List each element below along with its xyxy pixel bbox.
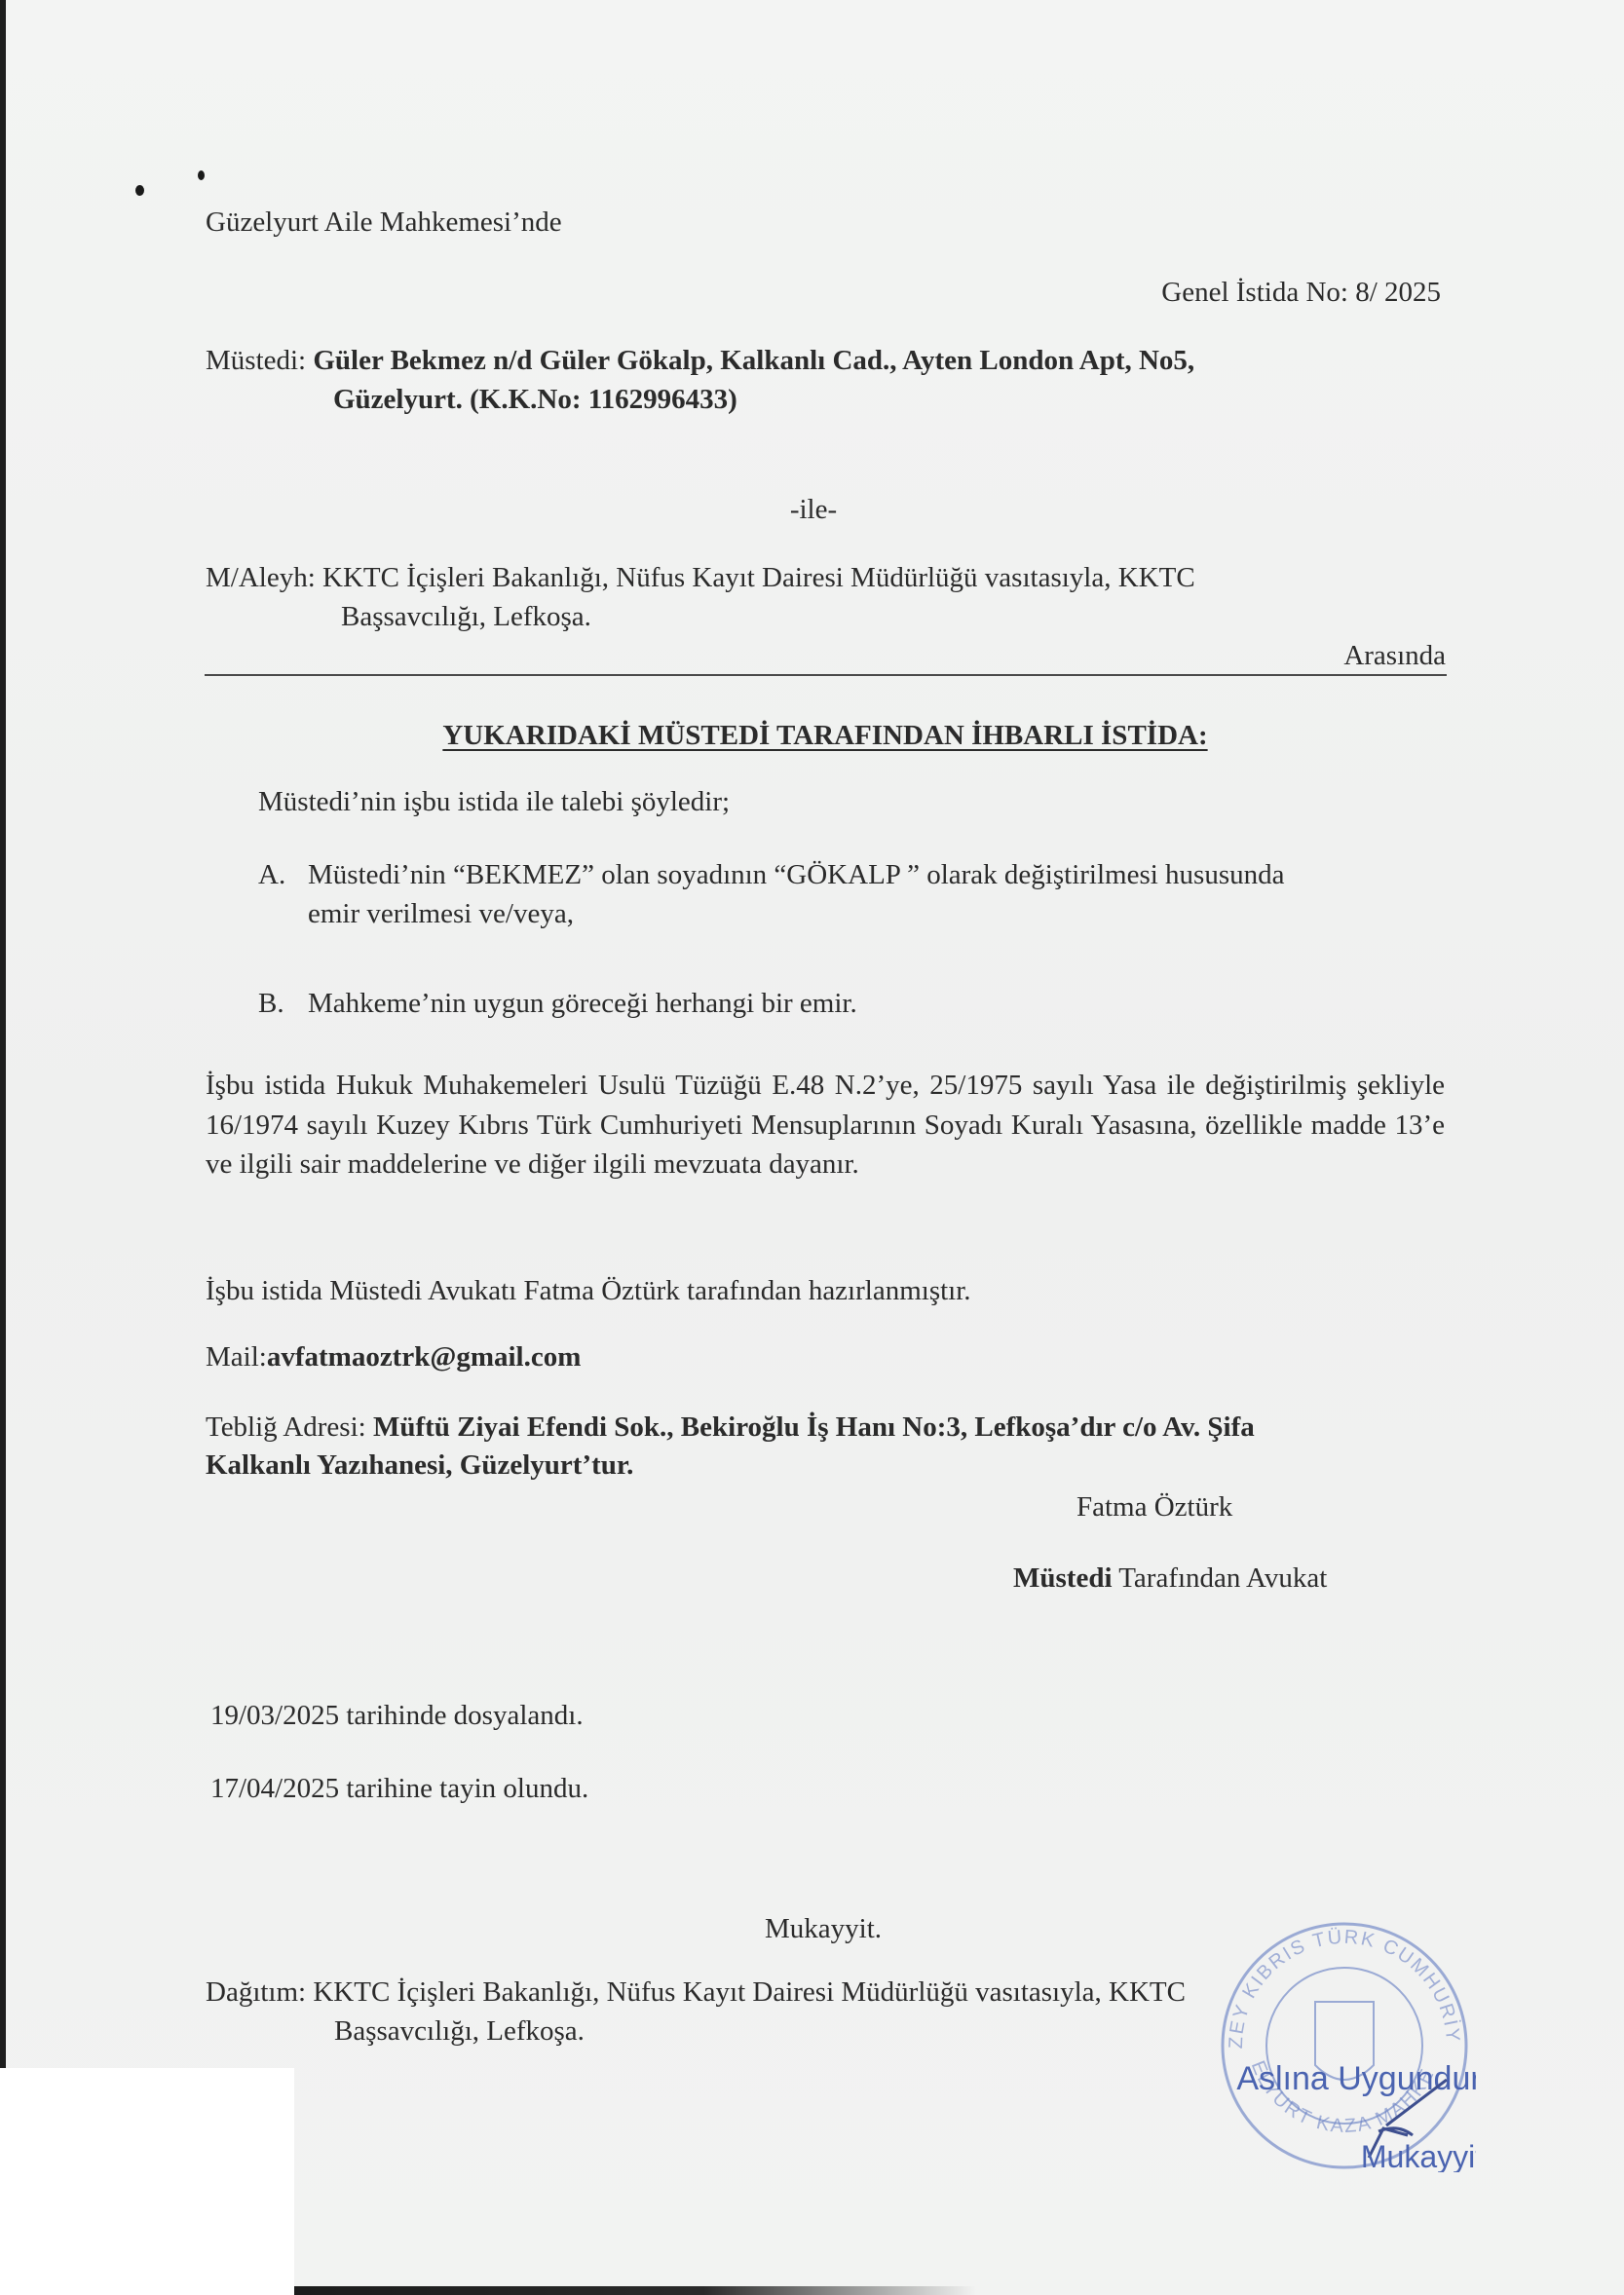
scan-bottom-edge: [294, 2286, 976, 2295]
filed-date: 19/03/2025 tarihinde dosyalandı.: [210, 1696, 584, 1735]
petition-heading-wrap: YUKARIDAKİ MÜSTEDİ TARAFINDAN İHBARLI İS…: [206, 716, 1445, 755]
request-a-line-2: emir verilmesi ve/veya,: [308, 894, 574, 933]
between-label: Arasında: [1343, 636, 1446, 675]
hearing-date: 17/04/2025 tarihine tayin olundu.: [210, 1769, 588, 1808]
request-intro: Müstedi’nin işbu istida ile talebi şöyle…: [258, 782, 730, 821]
applicant-details: Güler Bekmez n/d Güler Gökalp, Kalkanlı …: [313, 345, 1194, 376]
scan-blank-area: [0, 2068, 294, 2295]
mail-line: Mail:avfatmaoztrk@gmail.com: [206, 1337, 581, 1376]
request-a-line-1: Müstedi’nin “BEKMEZ” olan soyadının “GÖK…: [308, 855, 1284, 894]
separator: -ile-: [716, 490, 911, 529]
signatory-name: Fatma Öztürk: [1076, 1487, 1232, 1526]
mail-address[interactable]: avfatmaoztrk@gmail.com: [267, 1341, 582, 1373]
svg-text:KUZEY KIBRIS TÜRK CUMHURİYETİ: KUZEY KIBRIS TÜRK CUMHURİYETİ: [1213, 1909, 1463, 2050]
punch-mark: [135, 185, 144, 196]
distribution-label: Dağıtım:: [206, 1976, 306, 2008]
respondent-details: KKTC İçişleri Bakanlığı, Nüfus Kayıt Dai…: [322, 562, 1195, 593]
signatory-role-bold: Müstedi: [1013, 1562, 1113, 1594]
distribution-details: KKTC İçişleri Bakanlığı, Nüfus Kayıt Dai…: [313, 1976, 1186, 2008]
stamp-main-text: Aslına Uygundur: [1236, 2060, 1476, 2097]
petition-heading: YUKARIDAKİ MÜSTEDİ TARAFINDAN İHBARLI İS…: [442, 720, 1207, 751]
respondent-label: M/Aleyh:: [206, 562, 316, 593]
distribution-line-2: Başsavcılığı, Lefkoşa.: [334, 2012, 585, 2050]
divider-line: [205, 674, 1447, 676]
prepared-by: İşbu istida Müstedi Avukatı Fatma Öztürk…: [206, 1271, 971, 1310]
request-b-line-1: Mahkeme’nin uygun göreceği herhangi bir …: [308, 984, 857, 1023]
stamp-top-text: KUZEY KIBRIS TÜRK CUMHURİYETİ: [1213, 1909, 1463, 2050]
applicant-line-1: Müstedi: Güler Bekmez n/d Güler Gökalp, …: [206, 341, 1194, 380]
court-name: Güzelyurt Aile Mahkemesi’nde: [206, 203, 562, 242]
service-address-label: Tebliğ Adresi:: [206, 1411, 366, 1443]
distribution-line-1: Dağıtım: KKTC İçişleri Bakanlığı, Nüfus …: [206, 1973, 1186, 2012]
legal-basis-paragraph: İşbu istida Hukuk Muhakemeleri Usulü Tüz…: [206, 1066, 1445, 1185]
court-stamp-icon: KUZEY KIBRIS TÜRK CUMHURİYETİ GÜZELYURT …: [1213, 1909, 1476, 2172]
scan-left-edge: [0, 0, 6, 2068]
request-a-marker: A.: [258, 855, 285, 894]
case-number: Genel İstida No: 8/ 2025: [1161, 273, 1441, 312]
applicant-line-2: Güzelyurt. (K.K.No: 1162996433): [333, 380, 737, 419]
registrar-label: Mukayyit.: [726, 1909, 921, 1948]
service-address-line-2: Kalkanlı Yazıhanesi, Güzelyurt’tur.: [206, 1446, 633, 1485]
mail-label: Mail:: [206, 1341, 267, 1373]
punch-mark: [198, 170, 205, 180]
respondent-line-1: M/Aleyh: KKTC İçişleri Bakanlığı, Nüfus …: [206, 558, 1195, 597]
service-address-details: Müftü Ziyai Efendi Sok., Bekiroğlu İş Ha…: [373, 1411, 1255, 1443]
signatory-role-rest: Tarafından Avukat: [1113, 1562, 1328, 1594]
signatory-role: Müstedi Tarafından Avukat: [1013, 1559, 1327, 1598]
applicant-label: Müstedi:: [206, 345, 306, 376]
respondent-line-2: Başsavcılığı, Lefkoşa.: [341, 597, 591, 636]
request-b-marker: B.: [258, 984, 284, 1023]
service-address-line-1: Tebliğ Adresi: Müftü Ziyai Efendi Sok., …: [206, 1408, 1255, 1447]
stamp-sub-text: Mukayyit: [1361, 2139, 1476, 2172]
